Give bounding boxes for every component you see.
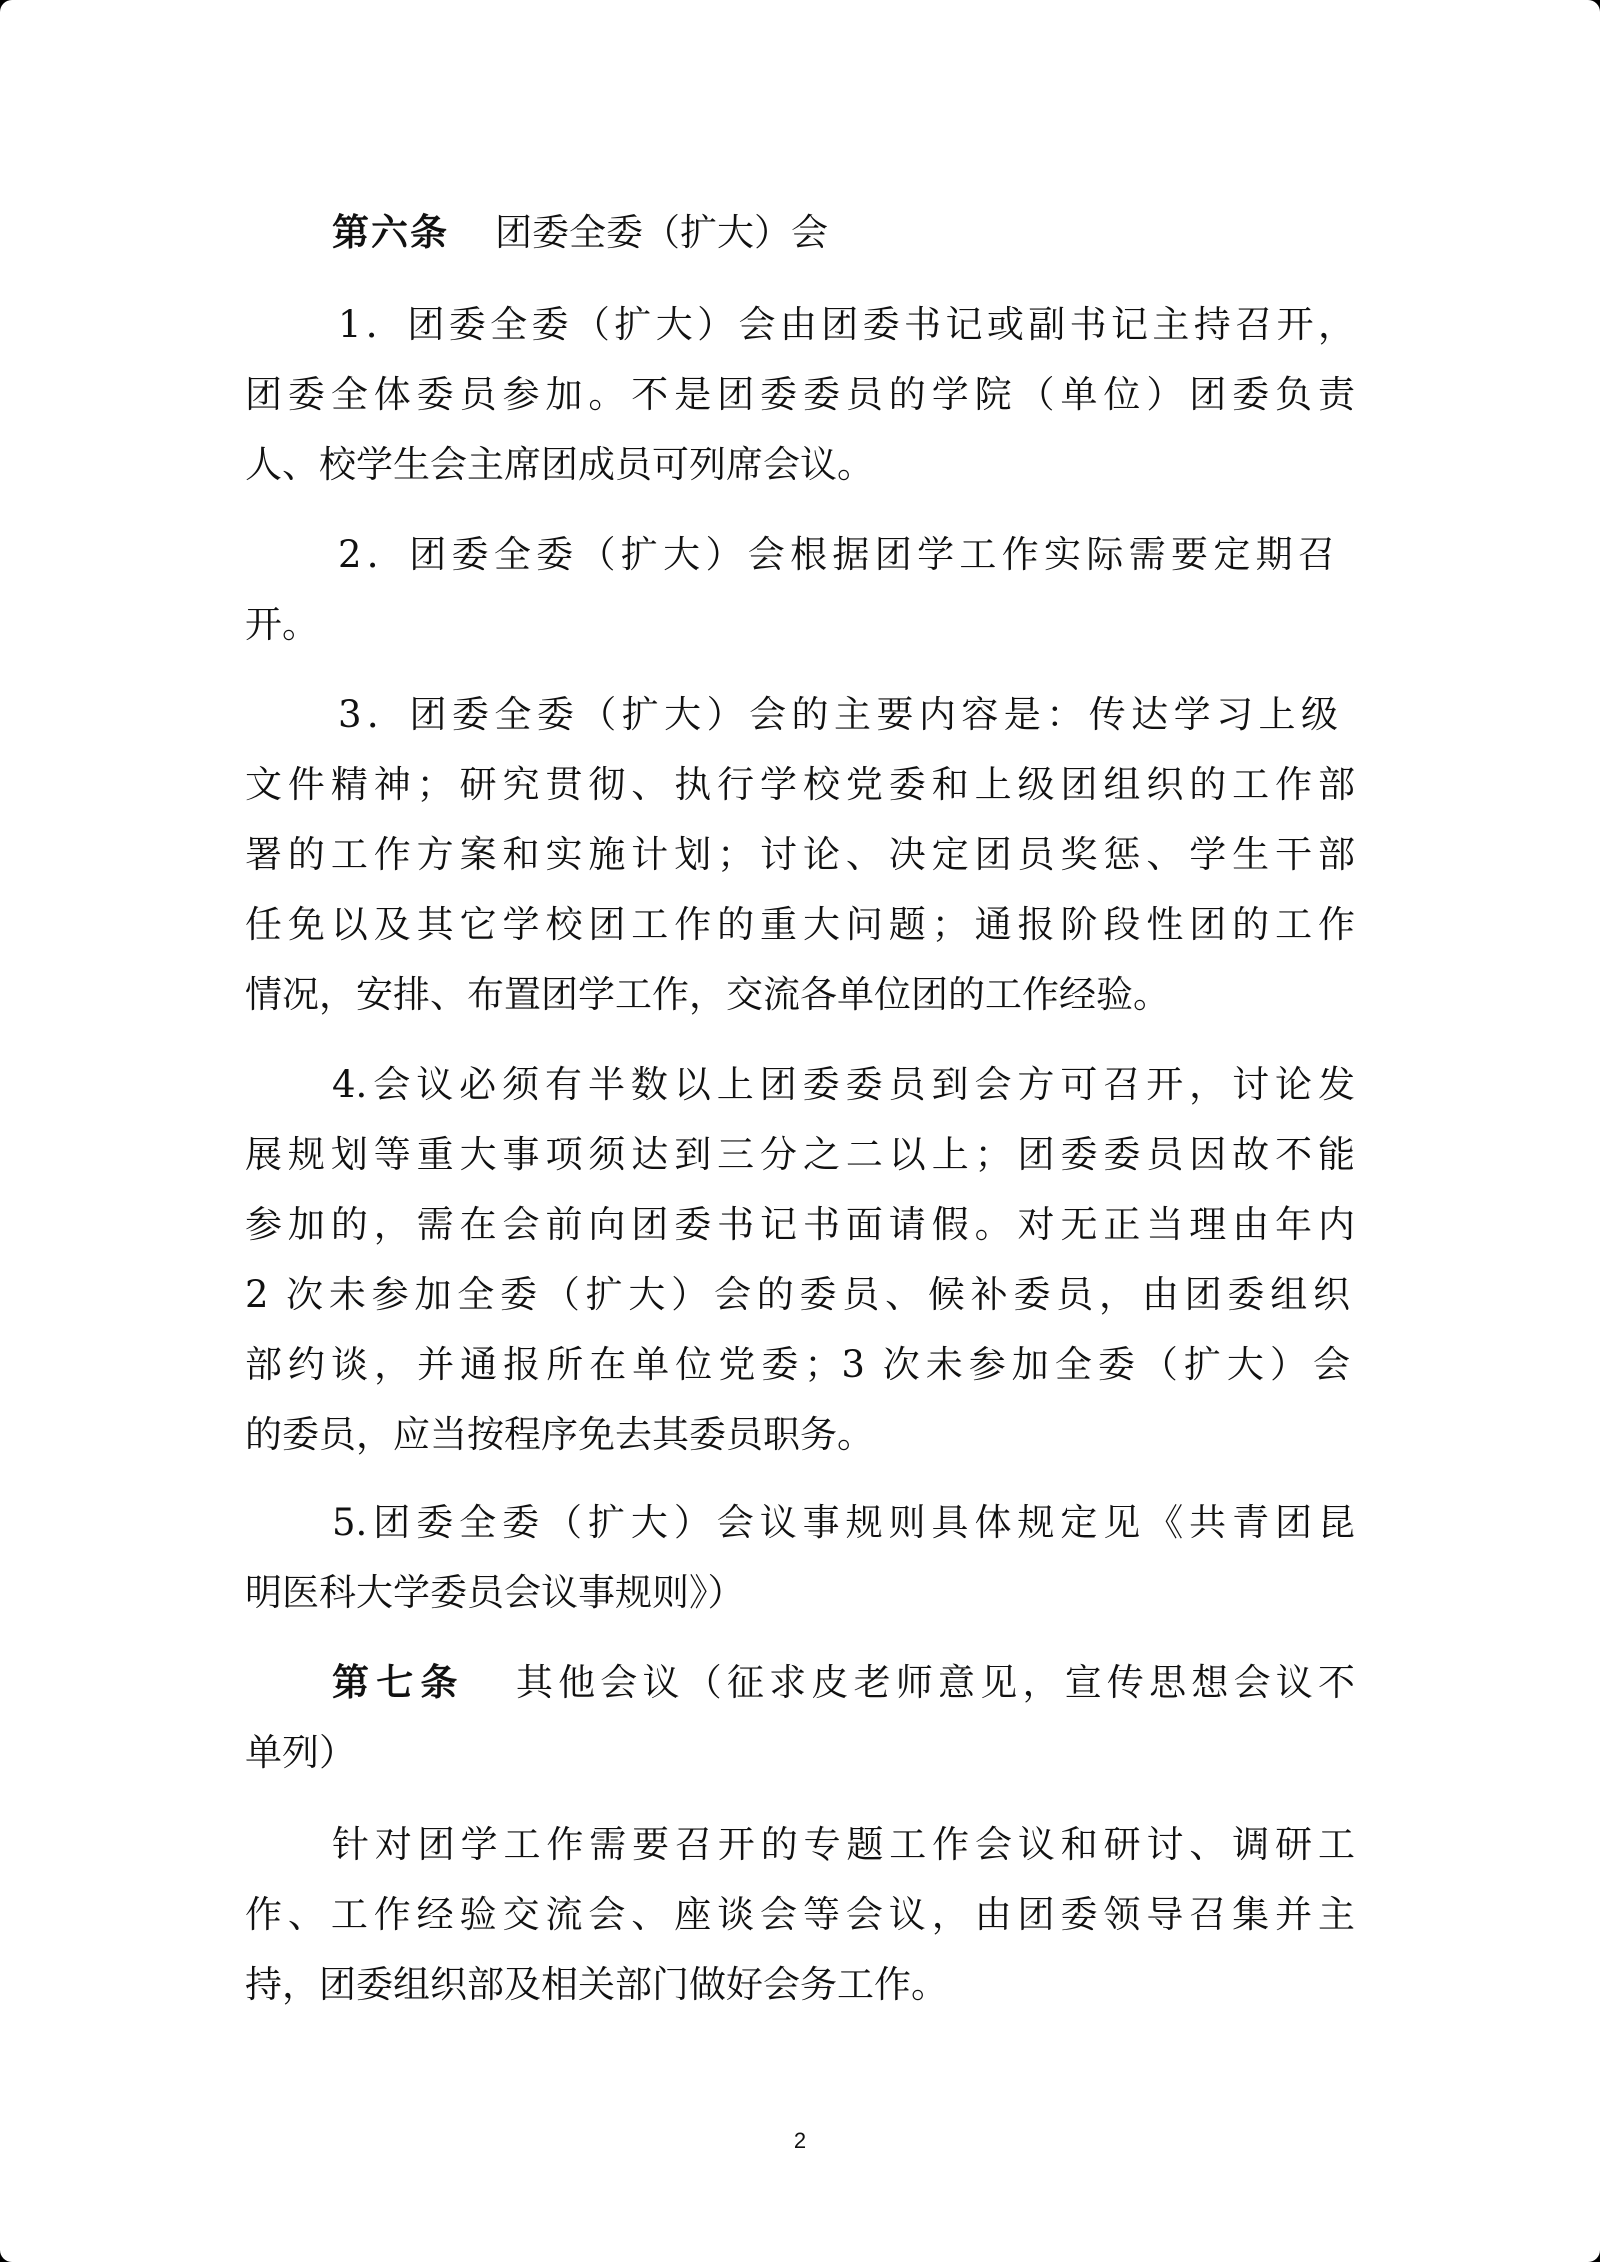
article-6-heading: 第六条团委全委（扩大）会 [332,208,1355,258]
p4-line-6: 的委员，应当按程序免去其委员职务。 [245,1410,1355,1460]
article-7-title-cont: 单列） [245,1728,1355,1778]
p7-line-3: 持，团委组织部及相关部门做好会务工作。 [245,1960,1355,2010]
p4-line-2: 展规划等重大事项须达到三分之二以上；团委委员因故不能 [245,1130,1355,1180]
p2-line-2: 开。 [245,600,1355,650]
page-number: 2 [0,2128,1600,2154]
article-6-label: 第六条 [332,211,449,254]
p4-line-1: 4.会议必须有半数以上团委委员到会方可召开，讨论发 [332,1060,1355,1110]
article-7-title: 其他会议（征求皮老师意见，宣传思想会议不 [511,1661,1355,1704]
p3-line-5: 情况，安排、布置团学工作，交流各单位团的工作经验。 [245,970,1355,1020]
p1-line-1: 1．团委全委（扩大）会由团委书记或副书记主持召开， [338,300,1355,350]
p1-line-3: 人、校学生会主席团成员可列席会议。 [245,440,1355,490]
p4-line-5: 部约谈，并通报所在单位党委；3 次未参加全委（扩大）会 [245,1340,1350,1390]
p5-line-2: 明医科大学委员会议事规则》） [245,1568,1355,1618]
p7-line-2: 作、工作经验交流会、座谈会等会议，由团委领导召集并主 [245,1890,1355,1940]
p3-line-4: 任免以及其它学校团工作的重大问题；通报阶段性团的工作 [245,900,1355,950]
p4-line-3: 参加的，需在会前向团委书记书面请假。对无正当理由年内 [245,1200,1355,1250]
article-7-label: 第七条 [332,1661,465,1704]
p7-line-1: 针对团学工作需要召开的专题工作会议和研讨、调研工 [332,1820,1355,1870]
article-7-heading: 第七条其他会议（征求皮老师意见，宣传思想会议不 [332,1658,1355,1708]
document-page: 第六条团委全委（扩大）会 1．团委全委（扩大）会由团委书记或副书记主持召开， 团… [0,0,1600,2262]
p3-line-1: 3．团委全委（扩大）会的主要内容是：传达学习上级 [338,690,1338,740]
p2-line-1: 2．团委全委（扩大）会根据团学工作实际需要定期召 [338,530,1335,580]
p4-line-4: 2 次未参加全委（扩大）会的委员、候补委员，由团委组织 [245,1270,1350,1320]
p3-line-2: 文件精神；研究贯彻、执行学校党委和上级团组织的工作部 [245,760,1355,810]
p3-line-3: 署的工作方案和实施计划；讨论、决定团员奖惩、学生干部 [245,830,1355,880]
article-6-title: 团委全委（扩大）会 [495,211,828,254]
p1-line-2: 团委全体委员参加。不是团委委员的学院（单位）团委负责 [245,370,1355,420]
p5-line-1: 5.团委全委（扩大）会议事规则具体规定见《共青团昆 [332,1498,1355,1548]
